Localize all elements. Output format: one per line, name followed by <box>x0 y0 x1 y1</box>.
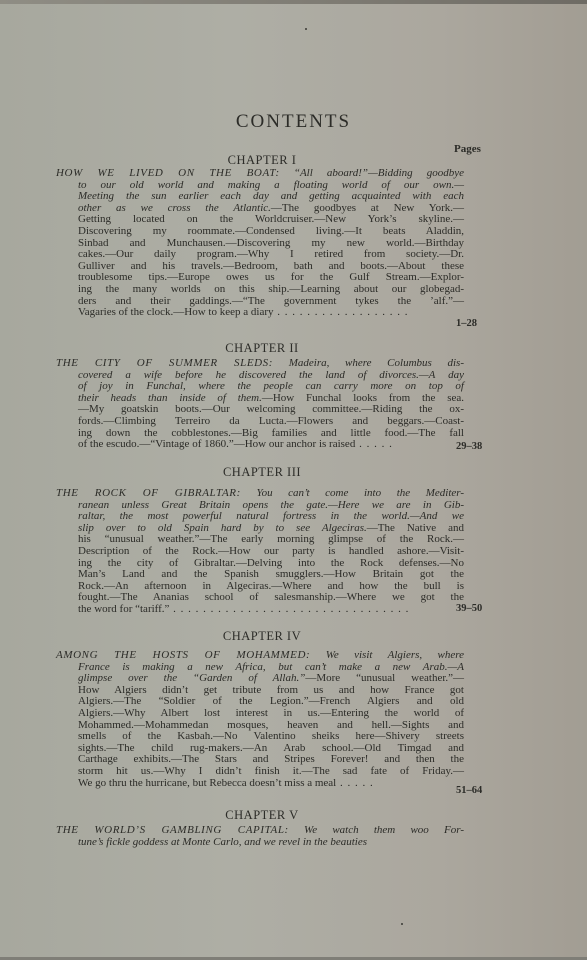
summary-text: Rock.—An afternoon in Algeciras.—Where a… <box>78 580 464 592</box>
summary-text: Vagaries of the clock.—How to keep a dia… <box>78 306 274 318</box>
summary-text: —How Funchal looks from the sea. <box>262 392 464 404</box>
summary-text: ders and their gaddings.—“The government… <box>78 295 464 307</box>
summary-text: Getting located on the Worldcruiser.—New… <box>78 213 464 225</box>
paper-speck <box>305 28 307 30</box>
summary-text: Man’s Land and the Spanish smugglers.—Ho… <box>78 568 464 580</box>
chapter-heading: CHAPTER III <box>60 465 464 480</box>
summary-text: We go thru the hurricane, but Rebecca do… <box>78 777 336 789</box>
page-range: 1–28 <box>456 318 477 329</box>
chapter-title: THE WORLD’S GAMBLING CAPITAL: <box>56 824 289 836</box>
summary-text: storm hit us.—Why I didn’t finish it.—Th… <box>78 765 464 777</box>
summary-text: troublesome tips.—Europe owes us for the… <box>78 271 464 283</box>
summary-text: —The Native and <box>367 522 464 534</box>
summary-text: How Algiers didn’t get tribute from us a… <box>78 684 464 696</box>
chapter-subtitle-text: We visit Algiers, where <box>310 649 464 661</box>
chapter-heading: CHAPTER IV <box>60 629 464 644</box>
summary-text: ing the many worlds on this ship.—Learni… <box>78 283 464 295</box>
summary-text: ing the city of Gibraltar.—Delving into … <box>78 557 464 569</box>
chapter-subtitle-text: Madeira, where Columbus dis- <box>273 357 464 369</box>
summary-text: —The goodbyes at New York.— <box>271 202 464 214</box>
summary-line: tune’s fickle goddess at Monte Carlo, an… <box>56 837 464 849</box>
summary-text: Sinbad and Munchausen.—Discovering my ne… <box>78 237 464 249</box>
summary-text: fords.—Climbing Terreiro da Lucta.—Flowe… <box>78 415 464 427</box>
chapter-subtitle-text: ranean unless Great Britain opens the ga… <box>78 499 464 511</box>
summary-text: sights.—The child rug-makers.—An Arab sc… <box>78 742 464 754</box>
summary-line: the word for “tariff.” . . . . . . . . .… <box>56 604 464 616</box>
chapter-summary: THE CITY OF SUMMER SLEDS: Madeira, where… <box>56 358 464 451</box>
summary-text: smells of the Kasbah.—No Valentino sheik… <box>78 730 464 742</box>
chapter-subtitle-text: glimpse over the “Garden of Allah.” <box>78 672 305 684</box>
chapter-subtitle-text: raltar, the most powerful natural fortre… <box>78 510 464 522</box>
summary-text: Algiers.—The “Soldier of the Legion.”—Fr… <box>78 695 464 707</box>
dot-leader: . . . . . <box>336 777 374 789</box>
page-range: 51–64 <box>456 785 482 796</box>
chapter-subtitle-text: slip over to old Spain hard by to see Al… <box>78 522 367 534</box>
chapter-summary: HOW WE LIVED ON THE BOAT: “All aboard!”—… <box>56 168 464 319</box>
summary-text: ing down the cobblestones.—Big families … <box>78 427 464 439</box>
chapter-subtitle-text: tune’s fickle goddess at Monte Carlo, an… <box>78 836 367 848</box>
book-page: CONTENTS Pages CHAPTER IHOW WE LIVED ON … <box>0 0 587 960</box>
chapter-subtitle-text: of joy in Funchal, where the people can … <box>78 380 464 392</box>
page-range: 39–50 <box>456 603 482 614</box>
dot-leader: . . . . . <box>355 438 393 450</box>
dot-leader: . . . . . . . . . . . . . . . . . . . . … <box>169 603 409 615</box>
summary-text: his “unusual weather.”—The early morning… <box>78 533 464 545</box>
summary-text: Description of the Rock.—How our party i… <box>78 545 464 557</box>
chapter-heading: CHAPTER V <box>60 808 464 823</box>
chapter-subtitle-text: You can’t come into the Mediter- <box>241 487 464 499</box>
summary-text: the word for “tariff.” <box>78 603 169 615</box>
summary-text: Algiers.—Why Albert lost interest in us.… <box>78 707 464 719</box>
page-range: 29–38 <box>456 441 482 452</box>
summary-text: Carthage exhibits.—The Stars and Stripes… <box>78 753 464 765</box>
chapter-subtitle-text: “All aboard!”—Bidding goodbye <box>280 167 464 179</box>
summary-text: fought.—The Ananias school of salesmansh… <box>78 591 464 603</box>
chapter-subtitle-text: France is making a new Africa, but can’t… <box>78 661 464 673</box>
chapter-title: AMONG THE HOSTS OF MOHAMMED: <box>56 649 310 661</box>
summary-line: We go thru the hurricane, but Rebecca do… <box>56 778 464 790</box>
chapter-title: THE CITY OF SUMMER SLEDS: <box>56 357 273 369</box>
page-title: CONTENTS <box>0 111 587 133</box>
summary-line: of the escudo.—“Vintage of 1860.”—How ou… <box>56 439 464 451</box>
summary-text: Mohammed.—Mohammedan mosques, heaven and… <box>78 719 464 731</box>
chapter-summary: THE WORLD’S GAMBLING CAPITAL: We watch t… <box>56 825 464 848</box>
chapter-title: THE ROCK OF GIBRALTAR: <box>56 487 241 499</box>
summary-text: Gulliver and his travels.—Bedroom, bath … <box>78 260 464 272</box>
chapter-summary: AMONG THE HOSTS OF MOHAMMED: We visit Al… <box>56 650 464 789</box>
chapter-heading: CHAPTER I <box>60 153 464 168</box>
summary-text: —My goatskin boots.—Our welcoming commit… <box>78 403 464 415</box>
summary-text: cakes.—Our daily program.—Why I retired … <box>78 248 464 260</box>
paper-speck <box>401 923 403 925</box>
chapter-title: HOW WE LIVED ON THE BOAT: <box>56 167 280 179</box>
summary-line: Vagaries of the clock.—How to keep a dia… <box>56 307 464 319</box>
chapter-subtitle-text: covered a wife before he discovered the … <box>78 369 464 381</box>
summary-text: Discovering my roommate.—Condensed livin… <box>78 225 464 237</box>
chapter-subtitle-text: to our old world and making a floating w… <box>78 179 464 191</box>
chapter-summary: THE ROCK OF GIBRALTAR: You can’t come in… <box>56 488 464 616</box>
chapter-subtitle-text: other as we cross the Atlantic. <box>78 202 271 214</box>
summary-text: —More “unusual weather.”— <box>305 672 464 684</box>
dot-leader: . . . . . . . . . . . . . . . . . . <box>274 306 409 318</box>
page-top-edge <box>0 0 587 4</box>
chapter-heading: CHAPTER II <box>60 341 464 356</box>
summary-text: of the escudo.—“Vintage of 1860.”—How ou… <box>78 438 355 450</box>
chapter-subtitle-text: their heads than inside of them. <box>78 392 262 404</box>
chapter-subtitle-text: Meeting the sun earlier each day and get… <box>78 190 464 202</box>
chapter-subtitle-text: We watch them woo For- <box>289 824 464 836</box>
